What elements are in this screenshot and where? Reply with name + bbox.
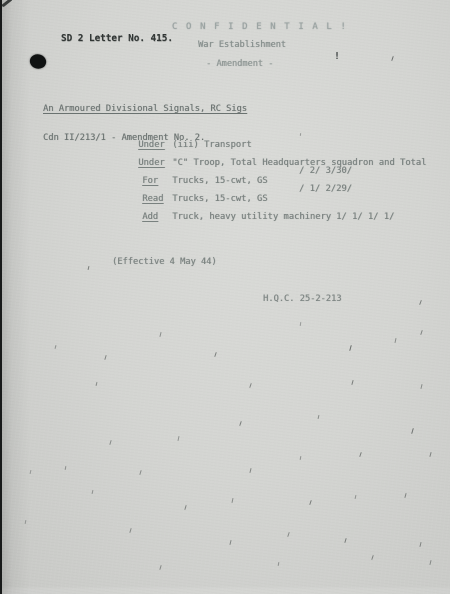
amendment-row: Under"C" Troop, Total Headquarters squad… <box>117 148 426 159</box>
speck <box>159 565 161 570</box>
speck <box>349 345 352 351</box>
speck <box>300 456 302 460</box>
speck <box>104 355 106 360</box>
stray-exclamation-mark: ! <box>334 51 340 62</box>
speck <box>129 528 131 533</box>
file-reference: H.Q.C. 25-2-213 <box>263 294 341 304</box>
speck <box>96 382 98 386</box>
corner-scan-mark <box>1 0 12 7</box>
speck <box>92 490 94 494</box>
amendment-values: 1/ 1/ 1/ 1/ <box>336 212 394 222</box>
speck <box>239 421 241 426</box>
speck <box>25 520 27 524</box>
speck <box>287 532 289 537</box>
speck <box>300 133 302 136</box>
scan-edge-strip <box>0 0 2 594</box>
speck <box>355 495 357 499</box>
speck <box>30 470 32 474</box>
speck <box>309 500 311 505</box>
speck <box>344 538 346 543</box>
speck <box>159 332 161 337</box>
speck <box>318 415 320 419</box>
speck <box>394 338 396 343</box>
speck <box>300 322 302 326</box>
speck <box>419 542 421 547</box>
effective-date: (Effective 4 May 44) <box>112 257 217 267</box>
speck <box>429 560 431 565</box>
amendment-row: AddTruck, heavy utility machinery1/ 1/ 1… <box>121 202 394 213</box>
speck <box>420 330 422 335</box>
subject-line-1: An Armoured Divisional Signals, RC Sigs <box>43 105 247 115</box>
speck <box>109 440 111 445</box>
amendment-row: Under(iii) Transport <box>117 130 252 141</box>
confidential-stamp: C O N F I D E N T I A L ! <box>172 22 347 32</box>
speck <box>391 56 393 61</box>
speck <box>411 428 414 434</box>
document-page: C O N F I D E N T I A L ! SD 2 Letter No… <box>0 0 450 594</box>
speck <box>177 436 179 441</box>
amendment-text: Truck, heavy utility machinery <box>172 212 331 222</box>
speck <box>371 555 373 560</box>
speck <box>184 505 186 510</box>
amendment-row: ForTrucks, 15-cwt, GS/ 2/ 3/30/ <box>121 166 268 177</box>
amendment-values: / 1/ 2/29/ <box>299 184 352 194</box>
speck <box>231 498 233 503</box>
speck <box>420 384 422 389</box>
speck <box>404 493 406 498</box>
letter-number: SD 2 Letter No. 415. <box>61 33 173 44</box>
amendment-subtitle: - Amendment - <box>206 59 273 69</box>
speck <box>249 383 251 388</box>
speck <box>359 452 361 457</box>
speck <box>65 466 67 470</box>
amendment-values: / 2/ 3/30/ <box>299 166 352 176</box>
speck <box>214 352 216 357</box>
speck <box>249 468 251 473</box>
speck <box>229 540 231 545</box>
hole-punch-mark <box>29 53 48 70</box>
speck <box>419 300 422 305</box>
speck <box>139 470 141 475</box>
amendment-keyword: Add <box>142 212 165 222</box>
speck <box>88 266 90 270</box>
speck <box>429 452 431 457</box>
speck <box>54 345 56 349</box>
speck <box>351 380 353 385</box>
war-establishment-title: War Establishment <box>198 40 286 50</box>
amendment-row: ReadTrucks, 15-cwt, GS/ 1/ 2/29/ <box>121 184 268 195</box>
speck <box>278 562 280 566</box>
